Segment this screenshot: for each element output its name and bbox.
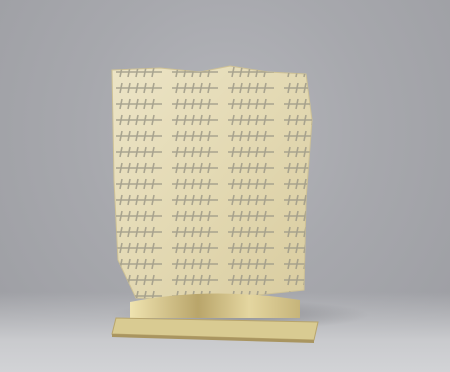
photo-scene — [0, 0, 450, 372]
sculpture — [0, 0, 450, 372]
